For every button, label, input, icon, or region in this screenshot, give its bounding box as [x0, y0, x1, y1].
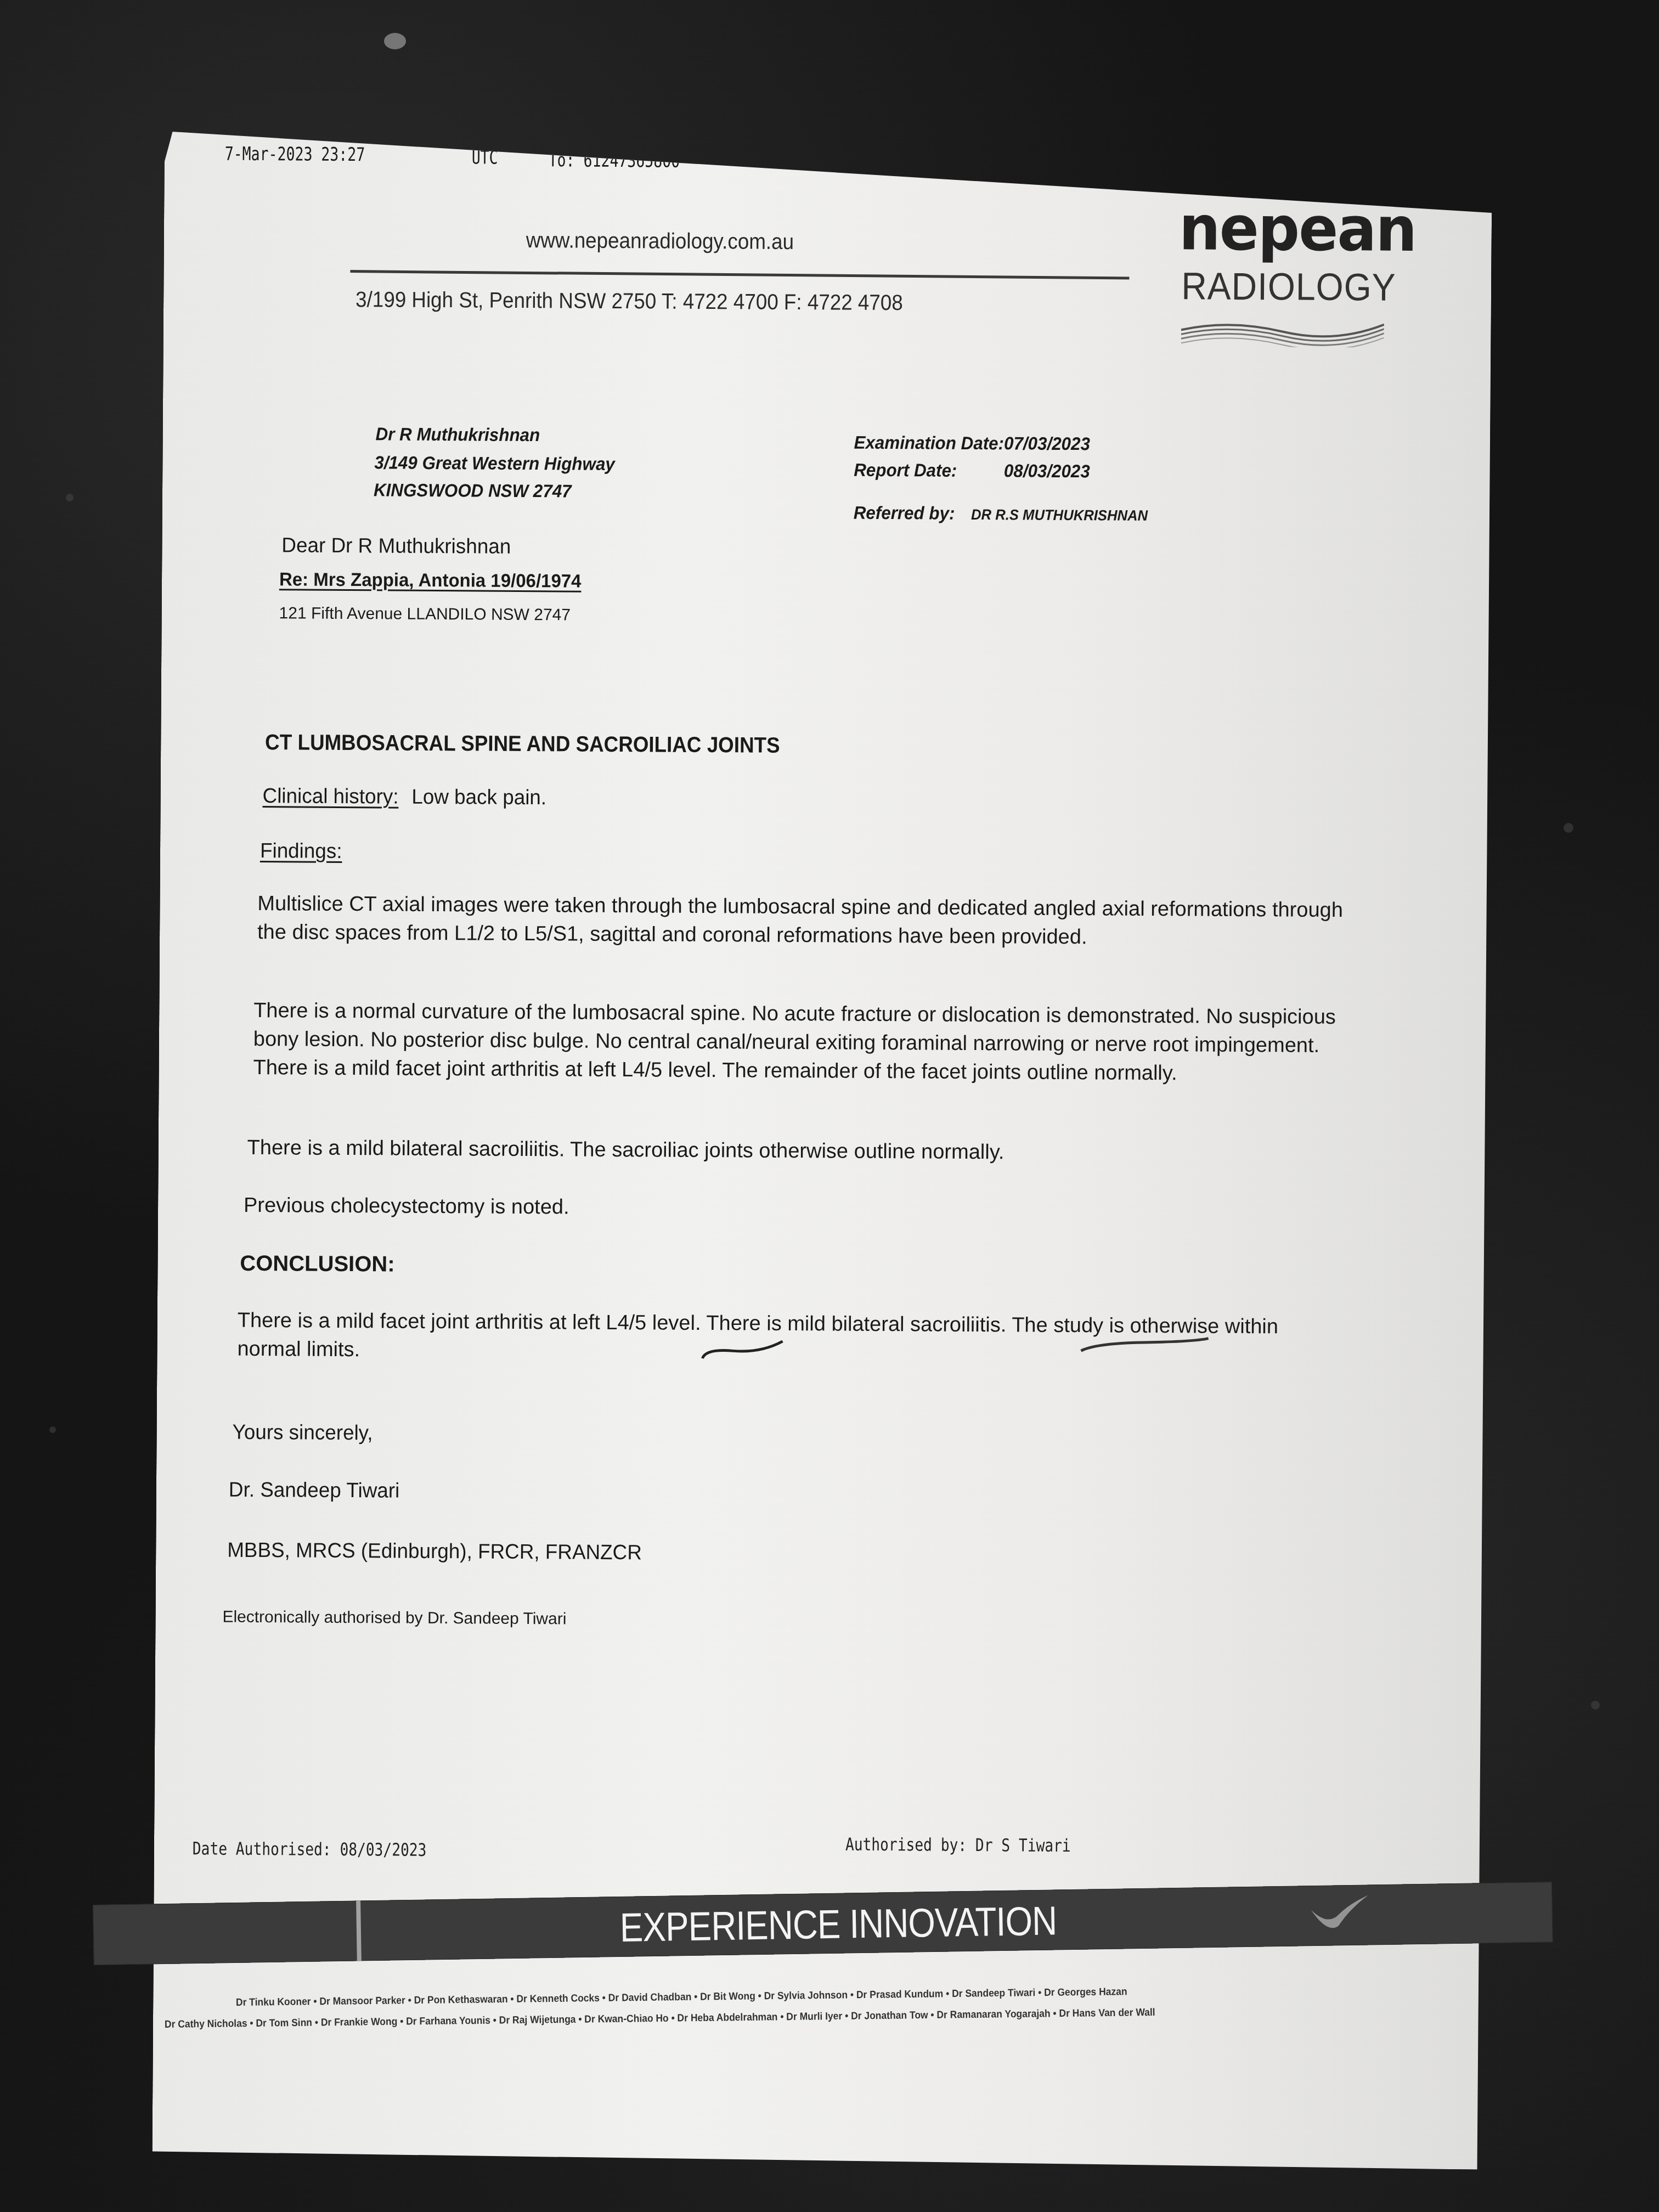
conclusion-label: CONCLUSION: [240, 1251, 394, 1277]
authorised-by-value: Dr S Tiwari [975, 1835, 1071, 1856]
swoosh-logo-icon [1305, 1892, 1372, 1937]
signatory-name: Dr. Sandeep Tiwari [229, 1476, 400, 1505]
clinical-history-label: Clinical history: [262, 785, 398, 809]
report-date-value: 08/03/2023 [1004, 460, 1090, 481]
findings-paragraph-2: There is a normal curvature of the lumbo… [253, 996, 1345, 1088]
fax-to-number: To: 61247365800 [549, 149, 680, 172]
fax-timezone: UTC [472, 146, 498, 168]
date-authorised-value: 08/03/2023 [340, 1839, 426, 1860]
wave-icon [1181, 319, 1384, 347]
background-speck [1591, 1701, 1600, 1709]
banner-slogan: EXPERIENCE INNOVATION [619, 1897, 1057, 1950]
pen-underline-mark [700, 1336, 788, 1364]
date-authorised-label: Date Authorised: [193, 1838, 331, 1860]
referred-by-row: Referred by: DR R.S MUTHUKRISHNAN [854, 503, 1148, 525]
salutation: Dear Dr R Muthukrishnan [281, 532, 511, 561]
pen-underline-mark [1079, 1333, 1210, 1356]
closing: Yours sincerely, [232, 1419, 373, 1447]
recipient-address-line1: 3/149 Great Western Highway [374, 452, 615, 475]
report-date-row: Report Date:08/03/2023 [854, 460, 1090, 482]
authorised-by-label: Authorised by: [845, 1834, 967, 1855]
referred-by-label: Referred by: [854, 503, 955, 523]
fax-datetime: 7-Mar-2023 23:27 [225, 143, 365, 166]
exam-date-row: Examination Date:07/03/2023 [854, 432, 1090, 455]
authorised-by: Authorised by: Dr S Tiwari [845, 1834, 1071, 1857]
report-title: CT LUMBOSACRAL SPINE AND SACROILIAC JOIN… [265, 730, 780, 758]
background-speck [1564, 823, 1573, 833]
patient-address: 121 Fifth Avenue LLANDILO NSW 2747 [279, 604, 571, 624]
logo-radiology: RADIOLOGY [1181, 264, 1396, 309]
patient-re-line: Re: Mrs Zappia, Antonia 19/06/1974 [279, 566, 582, 595]
letterhead-divider [350, 270, 1129, 279]
website: www.nepeanradiology.com.au [526, 228, 794, 255]
banner-divider [356, 1900, 362, 1961]
background-speck [66, 494, 74, 501]
findings-label: Findings: [260, 837, 342, 865]
signatory-qualifications: MBBS, MRCS (Edinburgh), FRCR, FRANZCR [227, 1537, 642, 1567]
recipient-address-line2: KINGSWOOD NSW 2747 [374, 479, 572, 501]
findings-paragraph-1: Multislice CT axial images were taken th… [257, 889, 1350, 953]
exam-date-value: 07/03/2023 [1004, 433, 1090, 454]
fax-page-number: p.1 [1344, 178, 1370, 200]
report-date-label: Report Date: [854, 460, 957, 481]
clinical-history-row: Clinical history: Low back pain. [262, 782, 546, 811]
clinical-history-value: Low back pain. [411, 786, 546, 810]
fax-from-number: 61272544547 [1072, 168, 1169, 190]
electronic-authorisation: Electronically authorised by Dr. Sandeep… [222, 1608, 566, 1629]
exam-date-label: Examination Date: [854, 432, 1004, 454]
background-speck [49, 1426, 56, 1433]
date-authorised: Date Authorised: 08/03/2023 [193, 1838, 427, 1860]
logo-nepean: nepean [1179, 193, 1417, 266]
findings-paragraph-4: Previous cholecystectomy is noted. [244, 1191, 1335, 1226]
background-speck [384, 33, 406, 49]
recipient-name: Dr R Muthukrishnan [376, 424, 540, 445]
fax-document: 7-Mar-2023 23:27 UTC To: 61247365800 612… [152, 132, 1492, 2170]
practice-address: 3/199 High St, Penrith NSW 2750 T: 4722 … [356, 287, 903, 315]
referred-by-value: DR R.S MUTHUKRISHNAN [971, 506, 1148, 524]
findings-paragraph-3: There is a mild bilateral sacroiliitis. … [247, 1133, 1339, 1169]
